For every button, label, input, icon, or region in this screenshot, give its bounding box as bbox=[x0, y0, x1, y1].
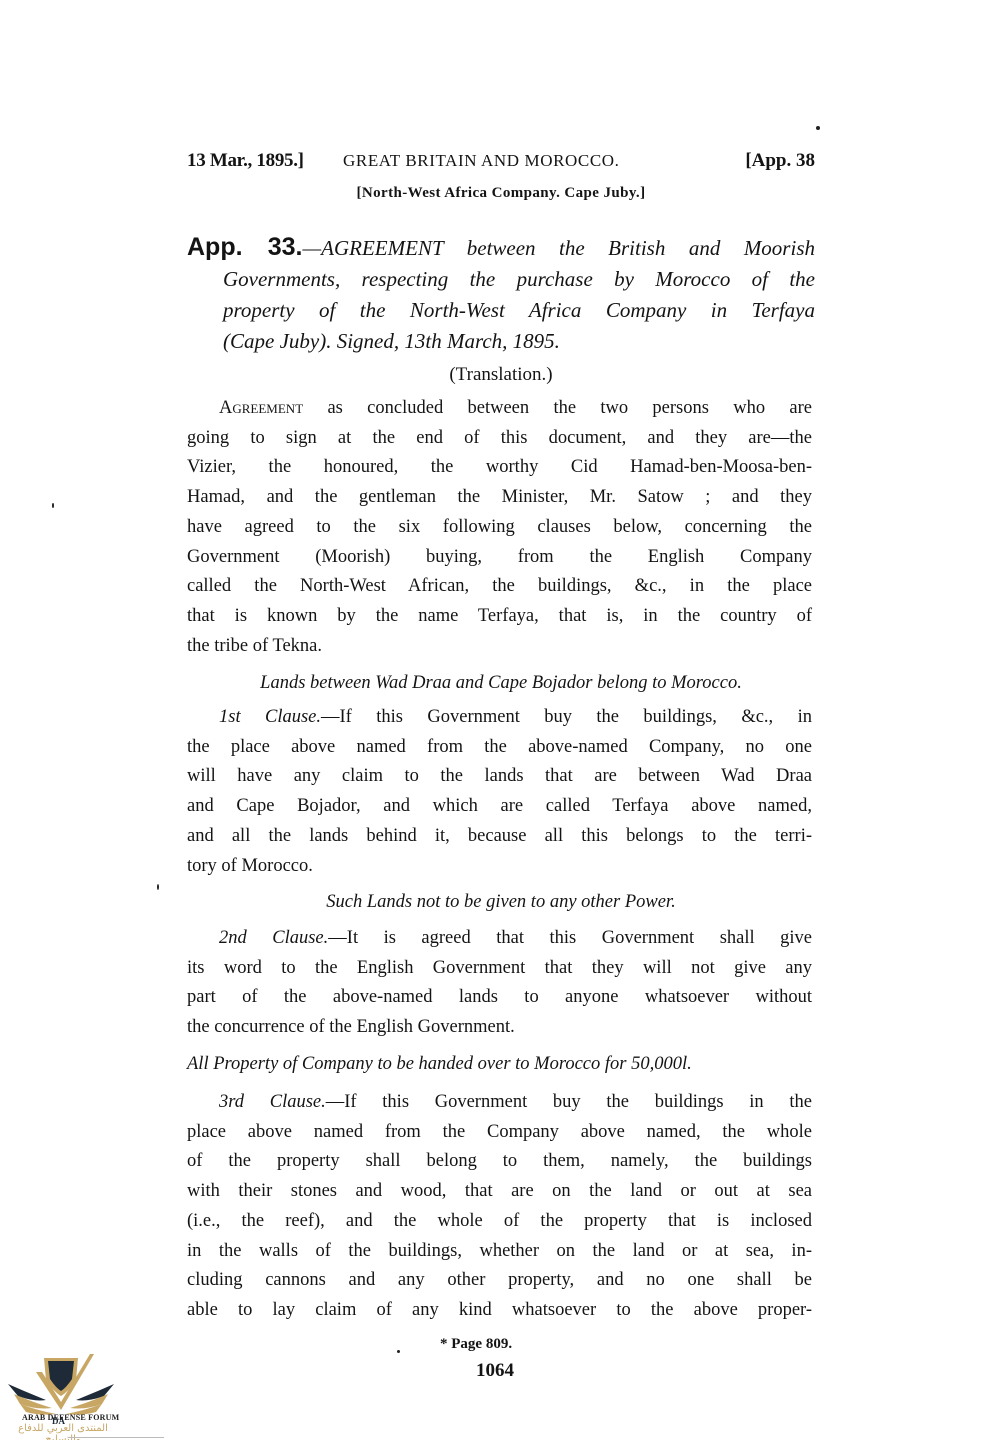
running-head-title: GREAT BRITAIN AND MOROCCO. bbox=[343, 151, 620, 171]
text-line: —It is agreed that this Government shall… bbox=[328, 928, 812, 948]
running-head-date: 13 Mar., 1895.] bbox=[187, 150, 304, 172]
text-line: in the walls of the buildings, whether o… bbox=[187, 1237, 812, 1267]
text-line: part of the above-named lands to anyone … bbox=[187, 983, 812, 1013]
title-line: (Cape Juby). Signed, 13th March, 1895. bbox=[223, 326, 815, 357]
sub-head: [North-West Africa Company. Cape Juby.] bbox=[187, 185, 815, 202]
marginal-heading: All Property of Company to be handed ove… bbox=[187, 1054, 812, 1075]
text-line: tory of Morocco. bbox=[187, 852, 812, 882]
clause-3-paragraph: 3rd Clause.—If this Government buy the b… bbox=[187, 1088, 812, 1326]
text-line: with their stones and wood, that are on … bbox=[187, 1177, 812, 1207]
text-line: as concluded between the two persons who… bbox=[303, 398, 812, 418]
clause-2-paragraph: 2nd Clause.—It is agreed that this Gover… bbox=[187, 924, 812, 1043]
clause-label: 1st Clause. bbox=[219, 707, 321, 727]
speck-mark bbox=[816, 126, 820, 130]
text-line: the tribe of Tekna. bbox=[187, 632, 812, 662]
text-line: its word to the English Government that … bbox=[187, 954, 812, 984]
text-line: Hamad, and the gentleman the Minister, M… bbox=[187, 483, 812, 513]
title-line: —AGREEMENT between the British and Moori… bbox=[302, 236, 815, 260]
text-line: the place above named from the above-nam… bbox=[187, 733, 812, 763]
clause-label: 3rd Clause. bbox=[219, 1092, 326, 1112]
text-line: place above named from the Company above… bbox=[187, 1118, 812, 1148]
text-line: will have any claim to the lands that ar… bbox=[187, 762, 812, 792]
document-page: 13 Mar., 1895.] GREAT BRITAIN AND MOROCC… bbox=[0, 0, 992, 1440]
logo-divider bbox=[68, 1437, 164, 1438]
marginal-heading: Lands between Wad Draa and Cape Bojador … bbox=[187, 673, 815, 694]
text-line: Vizier, the honoured, the worthy Cid Ham… bbox=[187, 453, 812, 483]
text-line: going to sign at the end of this documen… bbox=[187, 424, 812, 454]
lead-word: Agreement bbox=[219, 398, 303, 418]
text-line: have agreed to the six following clauses… bbox=[187, 513, 812, 543]
text-line: Government (Moorish) buying, from the En… bbox=[187, 543, 812, 573]
title-line: Governments, respecting the purchase by … bbox=[223, 264, 815, 295]
page-number: 1064 bbox=[476, 1360, 514, 1382]
text-line: —If this Government buy the buildings in… bbox=[326, 1092, 812, 1112]
speck-mark bbox=[52, 503, 54, 508]
preamble-paragraph: Agreement as concluded between the two p… bbox=[187, 394, 812, 661]
text-line: called the North-West African, the build… bbox=[187, 572, 812, 602]
running-head-appendix: [App. 38 bbox=[745, 150, 815, 172]
clause-1-paragraph: 1st Clause.—If this Government buy the b… bbox=[187, 703, 812, 881]
running-head: 13 Mar., 1895.] GREAT BRITAIN AND MOROCC… bbox=[187, 150, 815, 176]
text-line: that is known by the name Terfaya, that … bbox=[187, 602, 812, 632]
text-line: cluding cannons and any other property, … bbox=[187, 1266, 812, 1296]
speck-mark bbox=[397, 1350, 400, 1353]
document-title: App. 33.—AGREEMENT between the British a… bbox=[187, 232, 815, 357]
text-line: and all the lands behind it, because all… bbox=[187, 822, 812, 852]
logo-name-en: ARAB DEFENSE FORUM bbox=[22, 1413, 119, 1422]
text-line: of the property shall belong to them, na… bbox=[187, 1147, 812, 1177]
appendix-label: App. 33. bbox=[187, 233, 302, 261]
footnote: * Page 809. bbox=[440, 1336, 512, 1353]
speck-mark bbox=[157, 884, 159, 890]
text-line: —If this Government buy the buildings, &… bbox=[321, 707, 812, 727]
marginal-heading: Such Lands not to be given to any other … bbox=[187, 892, 815, 913]
text-line: the concurrence of the English Governmen… bbox=[187, 1013, 812, 1043]
translation-note: (Translation.) bbox=[187, 364, 815, 386]
title-line: property of the North-West Africa Compan… bbox=[223, 295, 815, 326]
text-line: (i.e., the reef), and the whole of the p… bbox=[187, 1207, 812, 1237]
text-line: and Cape Bojador, and which are called T… bbox=[187, 792, 812, 822]
clause-label: 2nd Clause. bbox=[219, 928, 328, 948]
text-line: able to lay claim of any kind whatsoever… bbox=[187, 1296, 812, 1326]
